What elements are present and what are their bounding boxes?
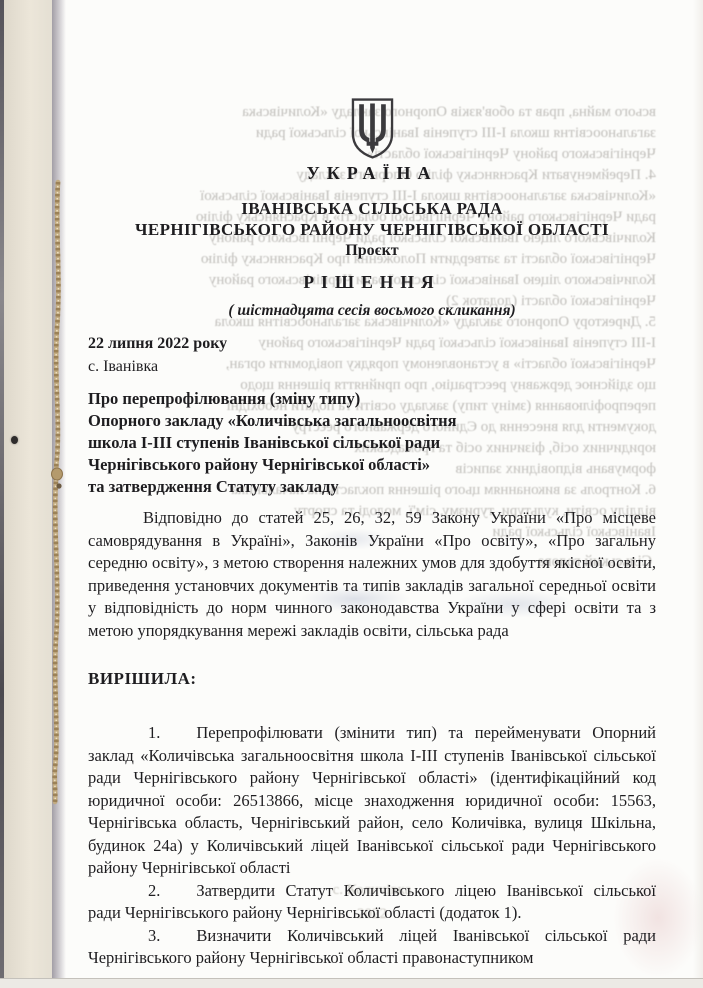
document-type: РІШЕННЯ [88,272,656,293]
draft-label: Проєкт [88,242,656,260]
scan-edge-right [693,0,703,988]
scan-edge-bottom [0,978,703,988]
item-number: 3. [148,926,160,945]
list-item: 3.Визначити Количівський ліцей Іванівськ… [88,925,656,970]
doc-place: с. Іванівка [88,358,656,376]
document-body: УКРАЇНА ІВАНІВСЬКА СІЛЬСЬКА РАДА ЧЕРНІГІ… [88,0,656,970]
council-region: ЧЕРНІГІВСЬКОГО РАЙОНУ ЧЕРНІГІВСЬКОЇ ОБЛА… [88,220,656,240]
binding-thread [38,168,80,818]
item-number: 1. [148,723,160,742]
country-title: УКРАЇНА [88,163,656,184]
council-name: ІВАНІВСЬКА СІЛЬСЬКА РАДА [88,199,656,219]
scanned-page: всього майна, прав та обов'язків Опорног… [0,0,703,988]
list-item: 1.Перепрофілювати (змінити тип) та перей… [88,722,656,880]
item-text: Перепрофілювати (змінити тип) та перейме… [88,723,656,877]
item-number: 2. [148,881,160,900]
subject-line: школа І-ІІІ ступенів Іванівської сільськ… [88,432,656,454]
emblem-wrap [88,98,656,160]
preamble-paragraph: Відповідно до статей 25, 26, 32, 59 Зако… [88,507,656,642]
session-line: ( шістнадцята сесія восьмого скликання) [88,302,656,320]
subject-line: Опорного закладу «Количівська загальноос… [88,410,656,432]
doc-subject: Про перепрофілювання (зміну типу)Опорног… [88,388,656,498]
subject-line: Про перепрофілювання (зміну типу) [88,388,656,410]
tryzub-emblem-icon [349,98,396,159]
doc-date: 22 липня 2022 року [88,335,656,353]
item-text: Визначити Количівський ліцей Іванівської… [88,926,656,968]
subject-line: Чернігівського району Чернігівської обла… [88,454,656,476]
subject-line: та затвердження Статуту закладу [88,476,656,498]
punch-hole-mark [11,436,18,444]
resolution-items: 1.Перепрофілювати (змінити тип) та перей… [88,722,656,970]
list-item: 2.Затвердити Статут Количівського ліцею … [88,880,656,925]
resolved-label: ВИРІШИЛА: [88,669,656,689]
item-text: Затвердити Статут Количівського ліцею Ів… [88,881,656,923]
doc-meta: 22 липня 2022 року с. Іванівка [88,335,656,376]
